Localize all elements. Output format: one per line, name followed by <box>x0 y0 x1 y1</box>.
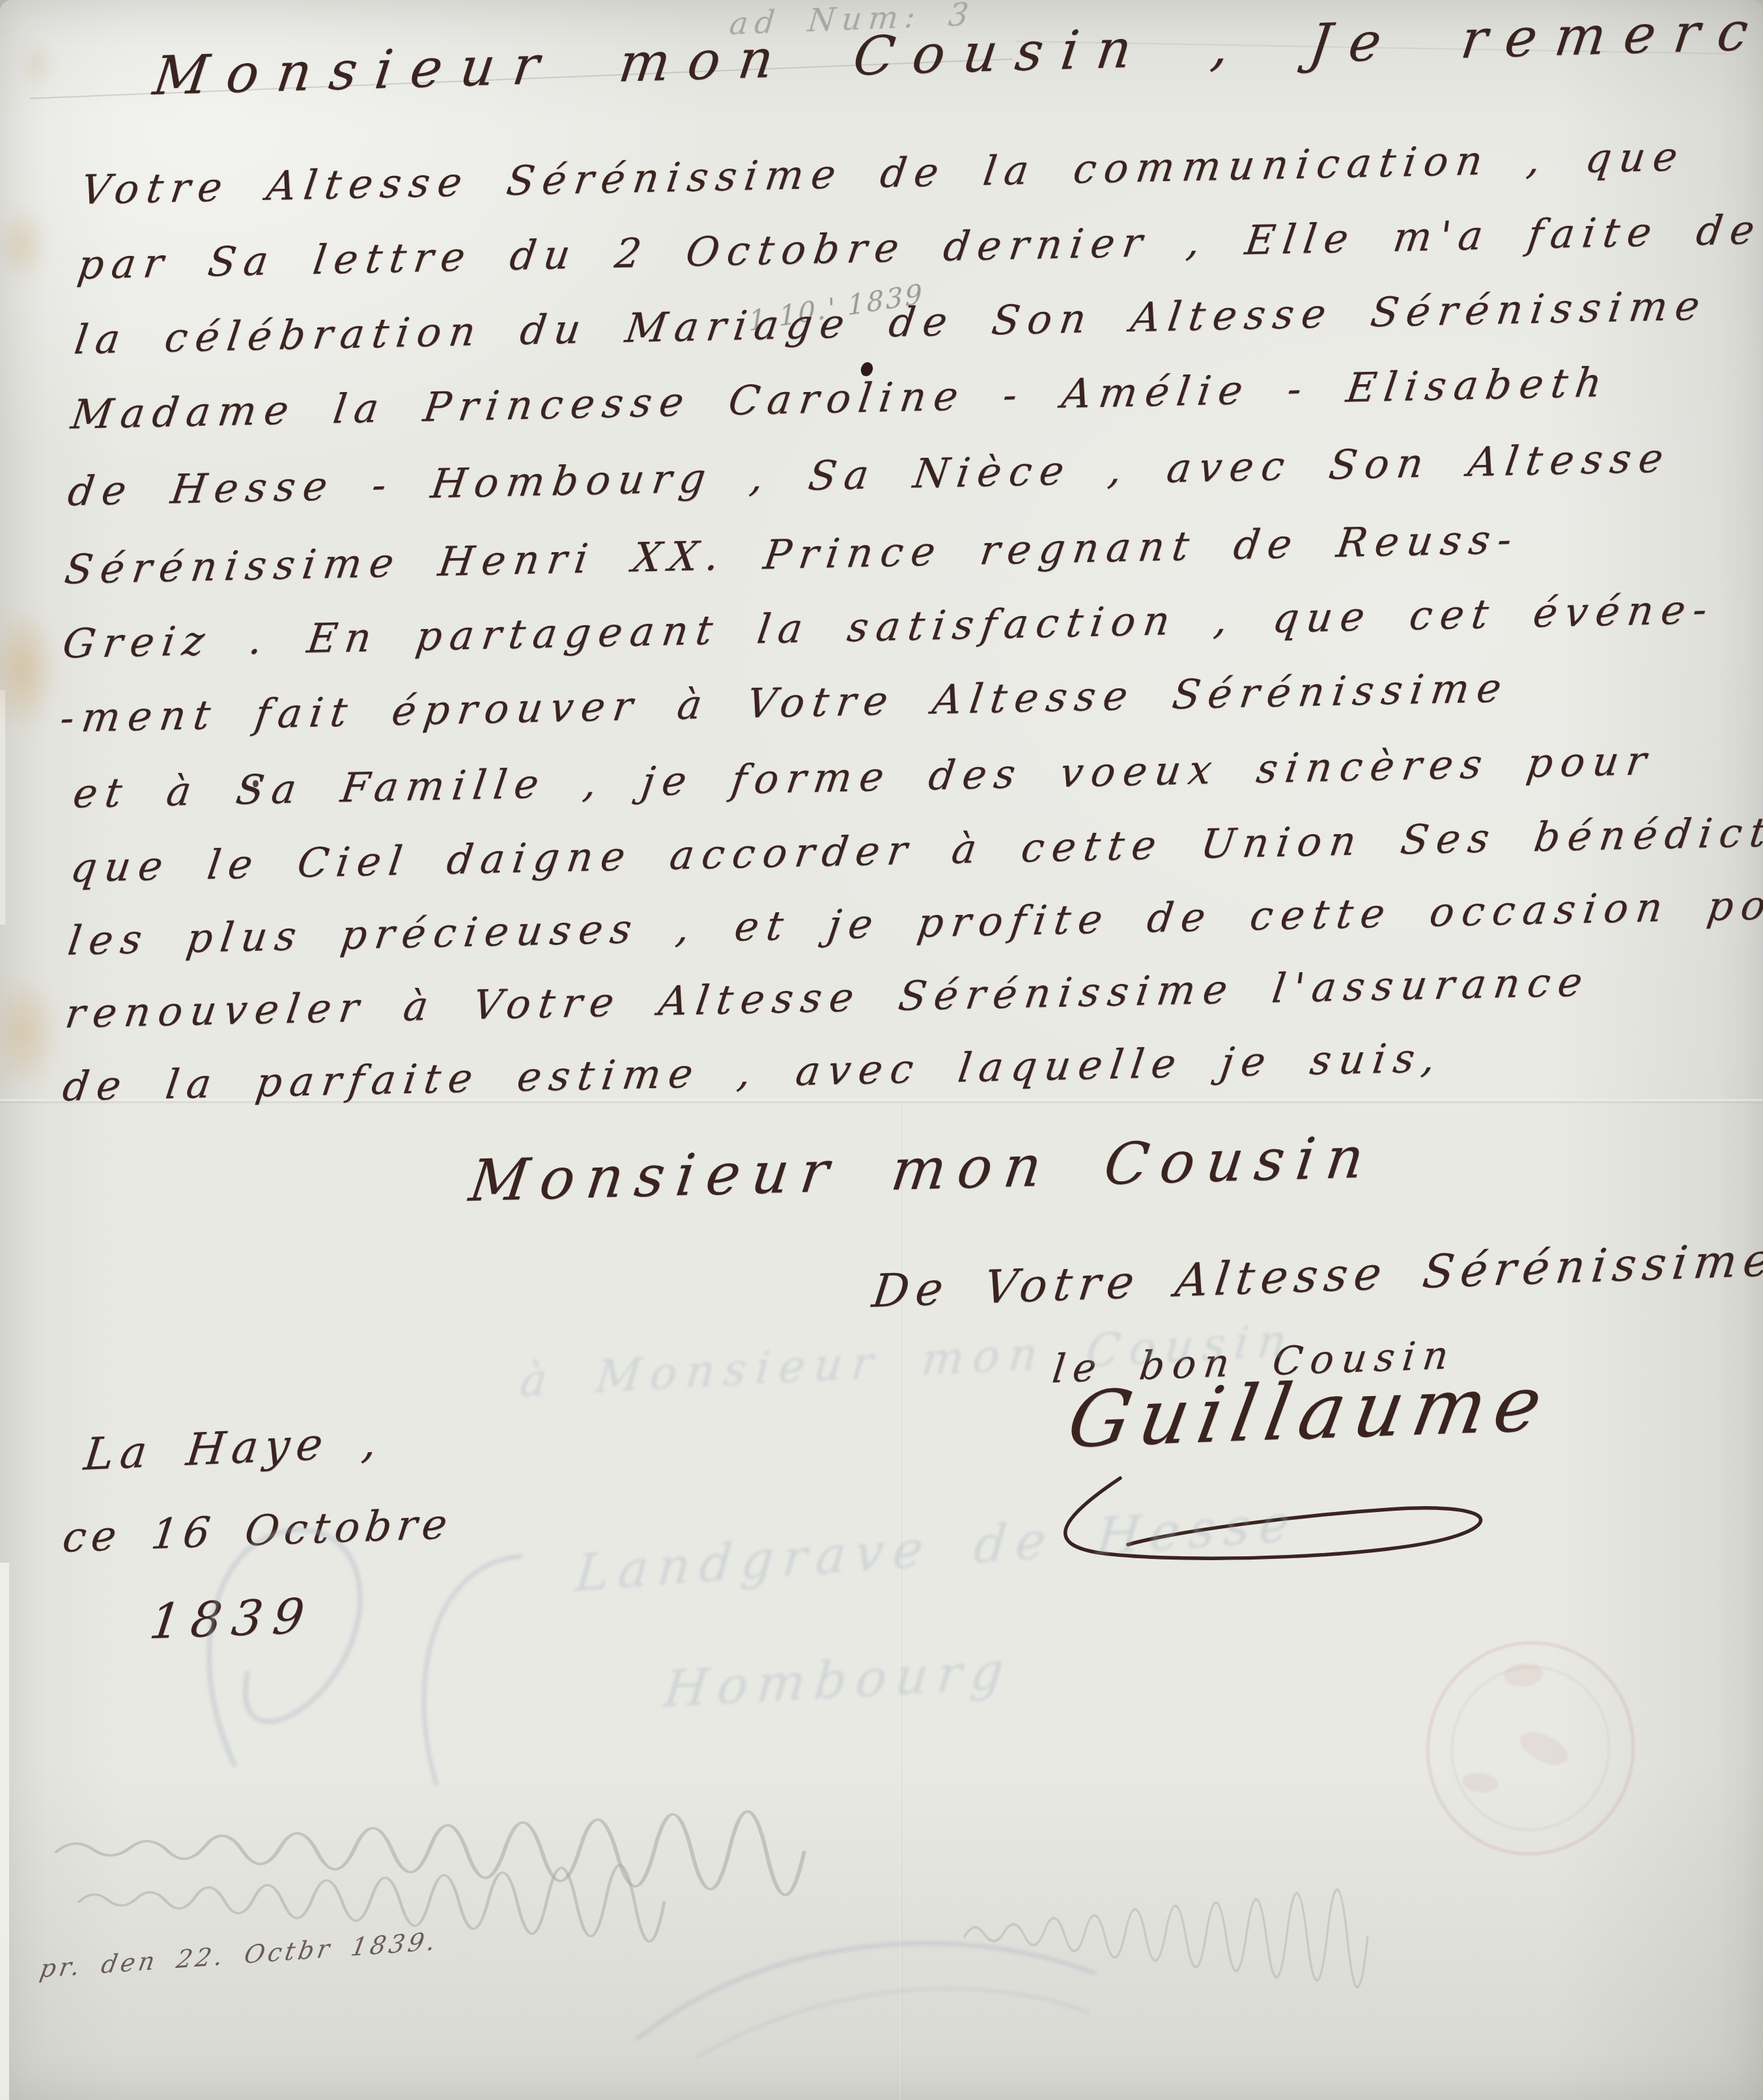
paper-stain <box>18 40 54 89</box>
paper-edge-left <box>0 1563 9 2100</box>
illegible-pencil-note <box>964 1911 1368 1957</box>
bleedthrough-flourish <box>156 1459 547 1823</box>
letter-scan-photo: ad Num: 3 Monsieur mon Cousin , Je remer… <box>0 0 1763 2100</box>
illegible-pencil-note <box>55 1830 804 1869</box>
illegible-pencil-note <box>78 1882 664 1918</box>
